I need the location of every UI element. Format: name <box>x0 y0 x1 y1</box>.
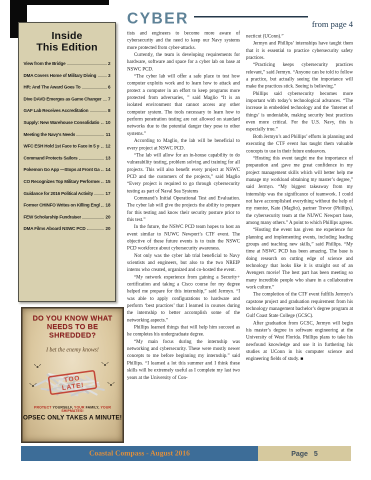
toc-item-label: Supply: New Warehouse Consolidation <box>24 120 100 125</box>
toc-leader-dots <box>82 88 106 89</box>
toc-leader-dots <box>101 147 104 148</box>
toc-item-page: 18 <box>105 203 110 208</box>
article-column-2: necticut (UConn).” Jermyn and Phillips’ … <box>246 33 353 444</box>
article-paragraph: tists and engineers to become more aware… <box>127 30 240 52</box>
toc-heading: Inside This Edition <box>19 30 115 53</box>
toc-leader-dots <box>94 194 104 195</box>
toc-leader-dots <box>101 182 104 183</box>
toc-item-label: Former CHINFO Writes on Killing English <box>24 203 100 208</box>
toc-item-label: Command Protects Sailors <box>24 155 78 160</box>
ad-protect-line: PROTECT YOURSELF, YOUR FAMILY, YOUR SHIP… <box>23 406 123 413</box>
ad-protect-word: YOUR <box>100 406 111 410</box>
toc-leader-dots <box>83 218 104 219</box>
toc-item-label: DMA Covers Home of Military Diving <box>24 73 97 78</box>
toc-item-page: 8 <box>108 108 111 113</box>
ad-headline-line1: DO YOU KNOW WHAT <box>23 315 123 324</box>
toc-item: DMA Films Aboard NSWC PCD20 <box>24 226 111 231</box>
article-paragraph: “The lab will allow for an in-house capa… <box>127 152 240 195</box>
toc-leader-dots <box>103 100 106 101</box>
ad-headline-line2: NEEDS TO BE SHREDDED? <box>23 323 123 340</box>
article-paragraph: “Hosting this event taught me the import… <box>246 155 353 227</box>
toc-item: FEW Scholarship Fundraiser20 <box>24 214 111 219</box>
toc-item-label: View from the Bridge <box>24 61 66 66</box>
toc-item-page: 20 <box>105 214 110 219</box>
toc-item: Meeting the Navy's Needs11 <box>24 132 111 137</box>
toc-item-page: 7 <box>108 96 111 101</box>
fly-icon <box>102 363 109 366</box>
toc-leader-dots <box>79 159 104 160</box>
toc-item-page: 10 <box>105 120 110 125</box>
toc-item: GAF Lab Receives Accreditation8 <box>24 108 111 113</box>
article-paragraph: Both Jermyn’s and Phillips’ efforts in p… <box>246 133 353 155</box>
article-paragraph: “Hosting the event has given me experien… <box>246 227 353 292</box>
toc-item-page: 20 <box>105 226 110 231</box>
ad-protect-word: FAMILY, <box>86 406 100 410</box>
toc-item: Command Protects Sailors13 <box>24 155 111 160</box>
toc-item: Guidance for 2016 Political Activity17 <box>24 191 111 196</box>
publication-name: Coastal Compass - August 2016 <box>89 449 190 458</box>
ad-headline: DO YOU KNOW WHAT NEEDS TO BE SHREDDED? <box>23 315 123 341</box>
toc-item-label: CO Recognizes Top Military Performers <box>24 179 100 184</box>
page-canvas: Inside This Edition View from the Bridge… <box>0 0 371 480</box>
article-paragraph: Currently, the team is developing requir… <box>127 52 240 74</box>
article-paragraph: “Practicing keeps cybersecurity practice… <box>246 62 353 91</box>
toc-leader-dots <box>90 112 107 113</box>
ad-script-line: I bet the enemy knows! <box>23 347 123 353</box>
article-header: CYBER from page 4 <box>127 9 353 32</box>
article-paragraph: Not only was the cyber lab trial benefic… <box>127 252 240 274</box>
article-paragraph: “My network experience from gaining a Se… <box>127 274 240 324</box>
toc-item: WFC ESH Hold 1st Face to Face in 5 years… <box>24 144 111 149</box>
ad-protect-word: PROTECT <box>34 406 51 410</box>
toc-leader-dots <box>101 171 104 172</box>
toc-item-label: WFC ESH Hold 1st Face to Face in 5 years… <box>24 144 100 149</box>
article-paragraph: necticut (UConn).” <box>246 33 353 40</box>
article-paragraph: Phillips said cybersecurity becomes more… <box>246 90 353 133</box>
article-paragraph: Phillips learned things that will help h… <box>127 324 240 338</box>
toc-item-label: Dive DAVD Emerges as Game Changer <box>24 96 102 101</box>
footer-publication-bar: Coastal Compass - August 2016 <box>21 446 258 461</box>
opsec-shredding-ad: DO YOU KNOW WHAT NEEDS TO BE SHREDDED? I… <box>21 307 124 443</box>
article-paragraph: According to Maglio, the lab will be ben… <box>127 138 240 152</box>
shredded-paper-graphic: TOO LATE! <box>25 357 120 403</box>
fly-icon <box>108 383 115 386</box>
article-title: CYBER <box>127 10 189 27</box>
continued-from-label: from page 4 <box>312 20 353 30</box>
toc-item: DMA Covers Home of Military Diving3 <box>24 73 111 78</box>
toc-heading-line2: This Edition <box>19 42 115 54</box>
toc-item-label: DMA Films Aboard NSWC PCD <box>24 226 86 231</box>
toc-item-label: HR: And The Award Goes To <box>24 85 81 90</box>
toc-item: View from the Bridge2 <box>24 61 111 66</box>
toc-item-label: Pokemon Go App —Stops at Front Gate <box>24 167 100 172</box>
toc-item-page: 12 <box>105 144 110 149</box>
article-paragraph: “The cyber lab will offer a safe place t… <box>127 73 240 138</box>
toc-item: Former CHINFO Writes on Killing English1… <box>24 203 111 208</box>
ad-opsec-tagline: OPSEC ONLY TAKES A MINUTE! <box>23 414 123 421</box>
toc-item-page: 3 <box>108 73 111 78</box>
toc-item-label: GAF Lab Receives Accreditation <box>24 108 89 113</box>
article-paragraph: “My main focus during the internship was… <box>127 338 240 381</box>
toc-leader-dots <box>101 123 104 124</box>
inside-this-edition-box: Inside This Edition View from the Bridge… <box>18 22 116 302</box>
newsletter-page: Inside This Edition View from the Bridge… <box>0 0 371 480</box>
toc-item-label: Guidance for 2016 Political Activity <box>24 191 93 196</box>
toc-item: CO Recognizes Top Military Performers15 <box>24 179 111 184</box>
article-paragraph: Jermyn and Phillips’ internships have ta… <box>246 40 353 62</box>
article-paragraph: In the future, the NSWC PCD team hopes t… <box>127 224 240 253</box>
ad-protect-word: SHIPMATES! <box>61 410 83 414</box>
article-column-1: tists and engineers to become more aware… <box>127 30 240 444</box>
toc-item: Supply: New Warehouse Consolidation10 <box>24 120 111 125</box>
toc-item-page: 14 <box>105 167 110 172</box>
article-paragraph: The completion of the CTF event fulfills… <box>246 291 353 320</box>
toc-item-page: 13 <box>105 155 110 160</box>
toc-item-label: Meeting the Navy's Needs <box>24 132 76 137</box>
article-paragraph: After graduation from GCSC, Jermyn will … <box>246 320 353 363</box>
article-paragraph: Command’s Initial Operational Test and E… <box>127 195 240 224</box>
toc-item-page: 2 <box>108 61 111 66</box>
toc-item-page: 6 <box>108 85 111 90</box>
page-number: Page 5 <box>291 450 318 458</box>
toc-leader-dots <box>67 65 107 66</box>
toc-item: Dive DAVD Emerges as Game Changer7 <box>24 96 111 101</box>
toc-item: Pokemon Go App —Stops at Front Gate14 <box>24 167 111 172</box>
toc-item: HR: And The Award Goes To6 <box>24 85 111 90</box>
toc-leader-dots <box>77 135 105 136</box>
toc-item-label: FEW Scholarship Fundraiser <box>24 214 82 219</box>
fly-icon <box>34 365 41 368</box>
toc-item-page: 15 <box>105 179 110 184</box>
footer-page-bar: Page 5 <box>258 446 351 461</box>
toc-leader-dots <box>87 230 104 231</box>
toc-item-page: 17 <box>105 191 110 196</box>
table-of-contents: View from the Bridge2 DMA Covers Home of… <box>19 61 115 231</box>
header-rule <box>194 16 308 18</box>
toc-item-page: 11 <box>106 132 111 137</box>
toc-leader-dots <box>98 76 107 77</box>
toc-heading-line1: Inside <box>19 30 115 42</box>
toc-leader-dots <box>101 206 104 207</box>
